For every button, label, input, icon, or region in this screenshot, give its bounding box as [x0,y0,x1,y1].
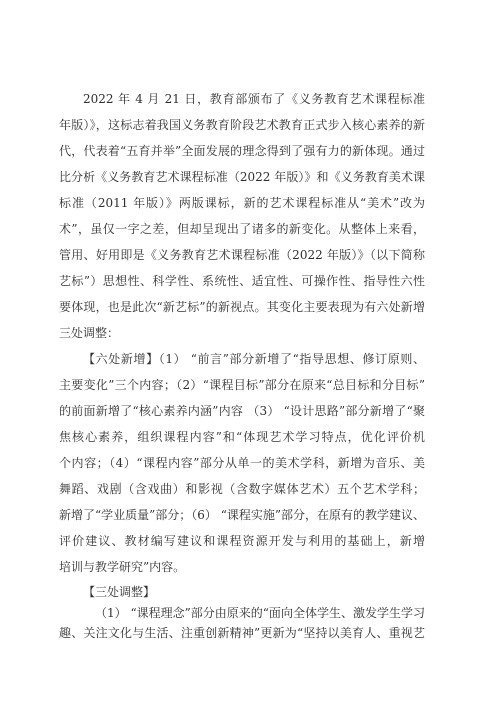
text-line: 个内容；（4）“课程内容”部分从单一的美术学科，新增为音乐、美术、 [59,450,425,476]
text-line: 焦核心素养，组织课程内容”和“体现艺术学习特点，优化评价机制”两 [59,424,425,450]
paragraph-intro: 2022 年 4 月 21 日，教育部颁布了《义务教育艺术课程标准（2022年版… [59,86,425,346]
text-line: 艺标”）思想性、科学性、系统性、适宜性、可操作性、指导性六性的重 [59,268,425,294]
text-line: 标准（2011 年版）》两版课标，新的艺术课程标准从“美术”改为了“艺 [59,190,425,216]
document-page: 2022 年 4 月 21 日，教育部颁布了《义务教育艺术课程标准（2022年版… [0,0,500,707]
text-line: 术”，虽仅一字之差，但却呈现出了诸多的新变化。从整体上来看，能用、 [59,216,425,242]
text-line: 年版）》，这标志着我国义务教育阶段艺术教育正式步入核心素养的新时 [59,112,425,138]
text-line: 【六处新增】（1） “前言”部分新增了“指导思想、修订原则、 [59,346,425,372]
text-line: 培训与教学研究”内容。 [59,554,425,580]
text-line: 【三处调整】 [59,580,425,604]
paragraph-adjustment-1: （1） “课程理念”部分由原来的“面向全体学生、激发学生学习兴趣、关注文化与生活… [59,604,425,643]
text-line: 管用、好用即是《义务教育艺术课程标准（2022 年版）》（以下简称为“新 [59,242,425,268]
text-line: 主要变化”三个内容；（2）“课程目标”部分在原来“总目标和分目标” [59,372,425,398]
text-line: （1） “课程理念”部分由原来的“面向全体学生、激发学生学习兴 [59,604,425,624]
text-line: 新增了“学业质量”部分；（6） “课程实施”部分，在原有的教学建议、 [59,502,425,528]
text-line: 的前面新增了“核心素养内涵”内容 （3） “设计思路”部分新增了“聚 [59,398,425,424]
text-line: 舞蹈、戏剧（含戏曲）和影视（含数字媒体艺术）五个艺术学科；（5） [59,476,425,502]
text-line: 评价建议、教材编写建议和课程资源开发与利用的基础上，新增了“教师 [59,528,425,554]
text-line: 三处调整： [59,320,425,346]
document-text-block: 2022 年 4 月 21 日，教育部颁布了《义务教育艺术课程标准（2022年版… [59,86,425,643]
text-line: 要体现，也是此次“新艺标”的新视点。其变化主要表现为有六处新增和 [59,294,425,320]
text-line: 比分析《义务教育艺术课程标准（2022 年版）》和《义务教育美术课程 [59,164,425,190]
text-line: 2022 年 4 月 21 日，教育部颁布了《义务教育艺术课程标准（2022 [59,86,425,112]
paragraph-six-additions: 【六处新增】（1） “前言”部分新增了“指导思想、修订原则、主要变化”三个内容；… [59,346,425,580]
text-line: 代，代表着“五育并举”全面发展的理念得到了强有力的新体现。通过对 [59,138,425,164]
heading-three-adjustments: 【三处调整】 [59,580,425,604]
text-line: 趣、关注文化与生活、注重创新精神”更新为“坚持以美育人、重视艺术 [59,624,425,644]
